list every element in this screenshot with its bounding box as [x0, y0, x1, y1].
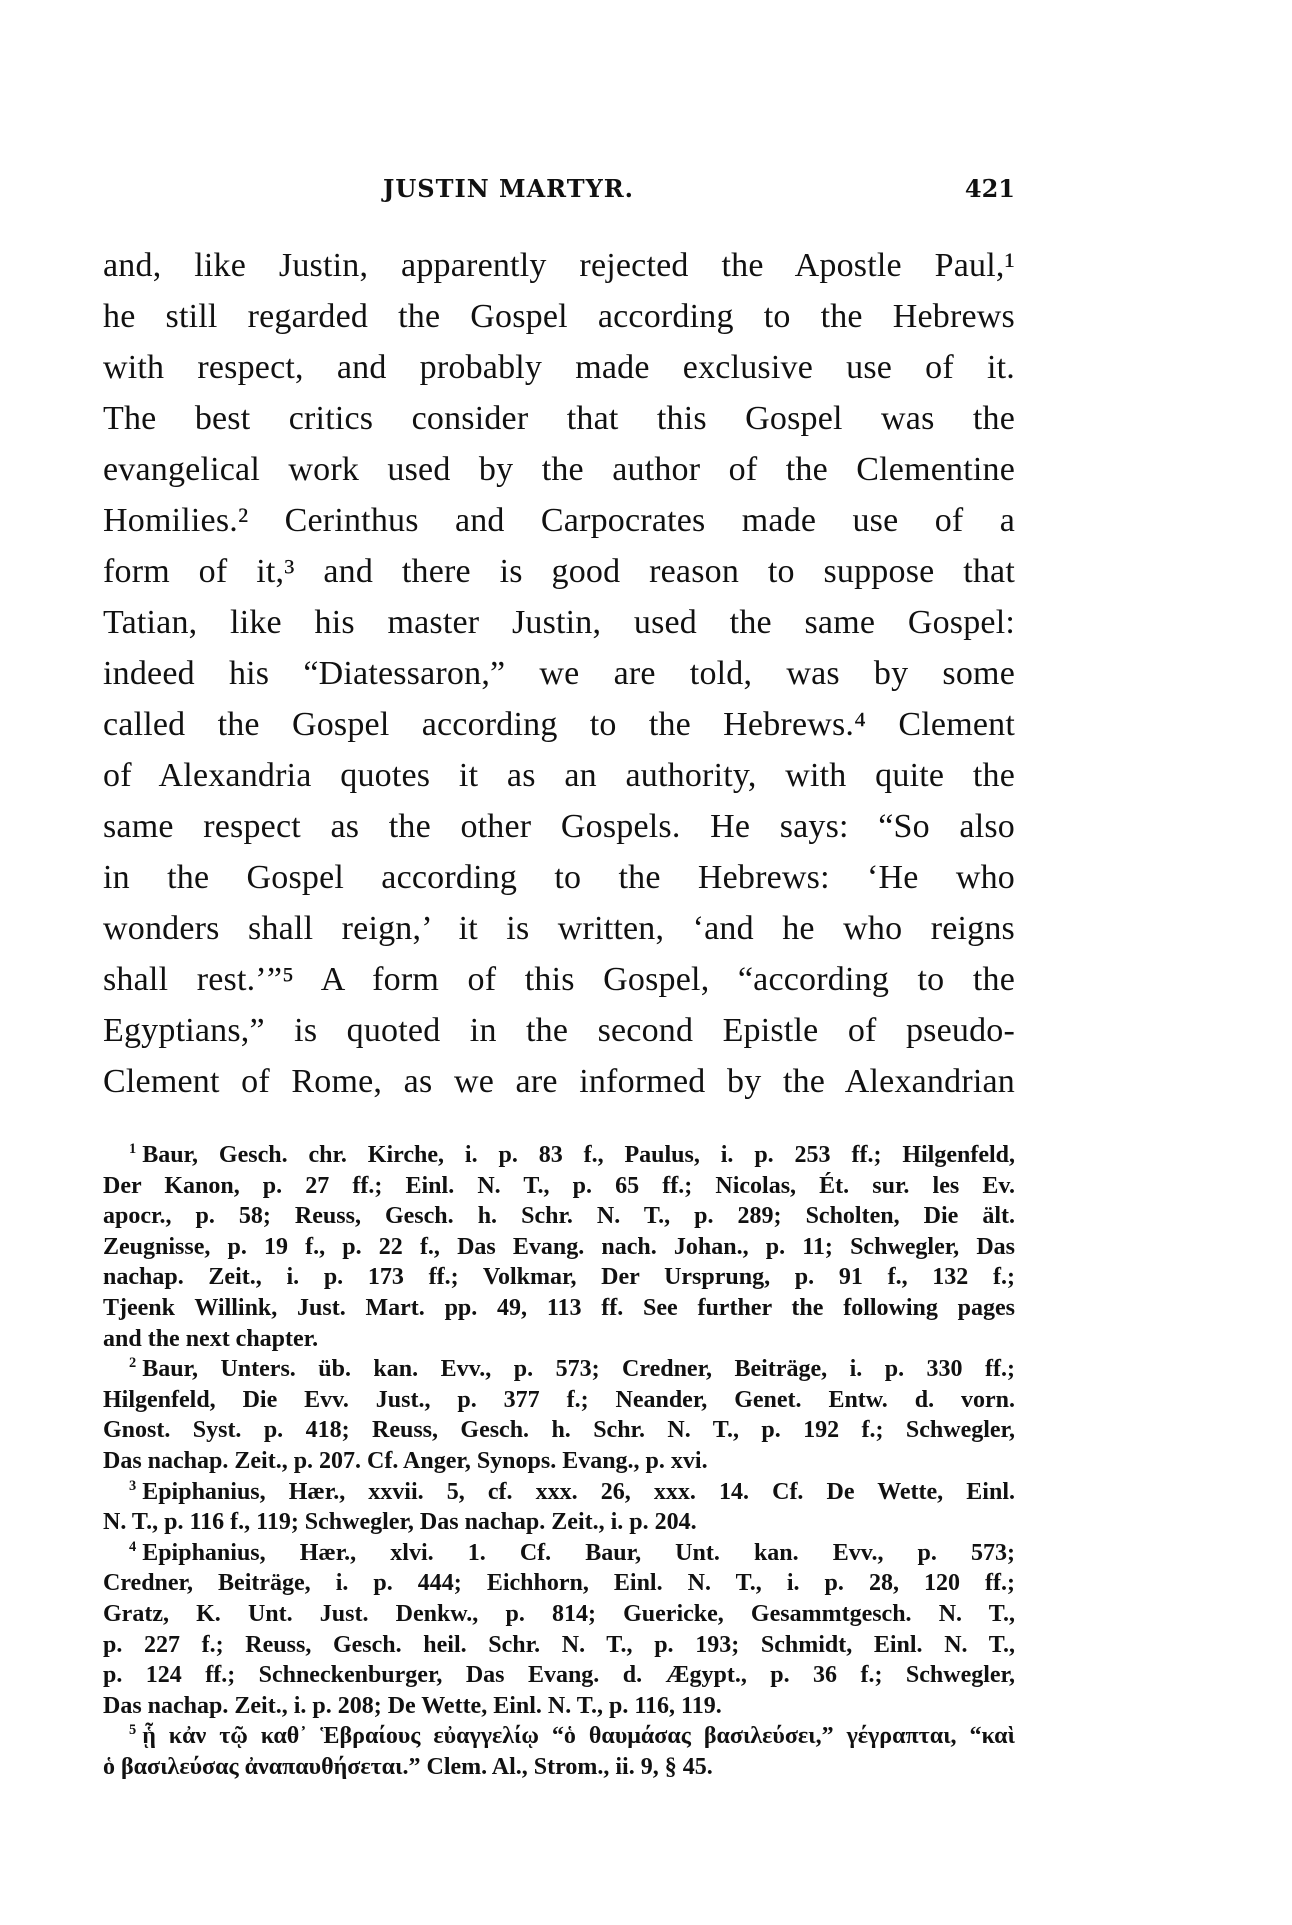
body-line: of Alexandria quotes it as an authority,…	[103, 750, 1015, 801]
body-line: indeed his “Diatessaron,” we are told, w…	[103, 648, 1015, 699]
body-line: he still regarded the Gospel according t…	[103, 291, 1015, 342]
footnote-line: Das nachap. Zeit., p. 207. Cf. Anger, Sy…	[103, 1446, 1015, 1477]
footnote-text: ᾗ κἀν τῷ καθ᾽ Ἑβραίους εὐαγγελίῳ “ὁ θαυμ…	[142, 1723, 1015, 1749]
footnote-line: p. 124 ff.; Schneckenburger, Das Evang. …	[103, 1660, 1015, 1691]
body-line: Clement of Rome, as we are informed by t…	[103, 1056, 1015, 1107]
footnote-line: Das nachap. Zeit., i. p. 208; De Wette, …	[103, 1691, 1015, 1722]
footnote-line: Credner, Beiträge, i. p. 444; Eichhorn, …	[103, 1568, 1015, 1599]
footnote-line: ὁ βασιλεύσας ἀναπαυθήσεται.” Clem. Al., …	[103, 1752, 1015, 1783]
footnote-text: Baur, Gesch. chr. Kirche, i. p. 83 f., P…	[142, 1142, 1015, 1168]
running-head: JUSTIN MARTYR. 421	[103, 172, 1015, 206]
footnote-line: and the next chapter.	[103, 1324, 1015, 1355]
body-line: The best critics consider that this Gosp…	[103, 393, 1015, 444]
footnote-line: 4Epiphanius, Hær., xlvi. 1. Cf. Baur, Un…	[103, 1538, 1015, 1569]
body-line: Egyptians,” is quoted in the second Epis…	[103, 1005, 1015, 1056]
footnote-line: Gnost. Syst. p. 418; Reuss, Gesch. h. Sc…	[103, 1415, 1015, 1446]
footnote-number: 1	[129, 1141, 136, 1157]
footnote-line: nachap. Zeit., i. p. 173 ff.; Volkmar, D…	[103, 1262, 1015, 1293]
footnote-line: 1Baur, Gesch. chr. Kirche, i. p. 83 f., …	[103, 1140, 1015, 1171]
footnote-line: Der Kanon, p. 27 ff.; Einl. N. T., p. 65…	[103, 1171, 1015, 1202]
footnote-text: Baur, Unters. üb. kan. Evv., p. 573; Cre…	[142, 1356, 1015, 1382]
body-line: in the Gospel according to the Hebrews: …	[103, 852, 1015, 903]
body-line: and, like Justin, apparently rejected th…	[103, 240, 1015, 291]
main-text: and, like Justin, apparently rejected th…	[103, 240, 1015, 1107]
footnote-5: 5ᾗ κἀν τῷ καθ᾽ Ἑβραίους εὐαγγελίῳ “ὁ θαυ…	[103, 1721, 1015, 1782]
page-number: 421	[965, 172, 1015, 206]
body-line: Homilies.² Cerinthus and Carpocrates mad…	[103, 495, 1015, 546]
footnote-line: 2Baur, Unters. üb. kan. Evv., p. 573; Cr…	[103, 1354, 1015, 1385]
body-line: evangelical work used by the author of t…	[103, 444, 1015, 495]
footnote-number: 5	[129, 1722, 136, 1738]
footnote-line: Hilgenfeld, Die Evv. Just., p. 377 f.; N…	[103, 1385, 1015, 1416]
footnote-line: 3Epiphanius, Hær., xxvii. 5, cf. xxx. 26…	[103, 1477, 1015, 1508]
footnotes: 1Baur, Gesch. chr. Kirche, i. p. 83 f., …	[103, 1140, 1015, 1782]
footnote-number: 3	[129, 1478, 136, 1494]
body-line: wonders shall reign,’ it is written, ‘an…	[103, 903, 1015, 954]
footnote-number: 2	[129, 1355, 136, 1371]
footnote-text: Epiphanius, Hær., xlvi. 1. Cf. Baur, Unt…	[142, 1540, 1015, 1566]
body-line: with respect, and probably made exclusiv…	[103, 342, 1015, 393]
footnote-text: Epiphanius, Hær., xxvii. 5, cf. xxx. 26,…	[142, 1479, 1015, 1505]
footnote-line: N. T., p. 116 f., 119; Schwegler, Das na…	[103, 1507, 1015, 1538]
footnote-line: Zeugnisse, p. 19 f., p. 22 f., Das Evang…	[103, 1232, 1015, 1263]
footnote-number: 4	[129, 1539, 136, 1555]
footnote-2: 2Baur, Unters. üb. kan. Evv., p. 573; Cr…	[103, 1354, 1015, 1476]
footnote-line: apocr., p. 58; Reuss, Gesch. h. Schr. N.…	[103, 1201, 1015, 1232]
footnote-1: 1Baur, Gesch. chr. Kirche, i. p. 83 f., …	[103, 1140, 1015, 1354]
footnote-line: p. 227 f.; Reuss, Gesch. heil. Schr. N. …	[103, 1630, 1015, 1661]
footnote-line: Gratz, K. Unt. Just. Denkw., p. 814; Gue…	[103, 1599, 1015, 1630]
footnote-line: Tjeenk Willink, Just. Mart. pp. 49, 113 …	[103, 1293, 1015, 1324]
footnote-4: 4Epiphanius, Hær., xlvi. 1. Cf. Baur, Un…	[103, 1538, 1015, 1722]
footnote-3: 3Epiphanius, Hær., xxvii. 5, cf. xxx. 26…	[103, 1477, 1015, 1538]
book-page: JUSTIN MARTYR. 421 and, like Justin, app…	[103, 0, 1015, 1925]
body-line: form of it,³ and there is good reason to…	[103, 546, 1015, 597]
body-line: shall rest.’”⁵ A form of this Gospel, “a…	[103, 954, 1015, 1005]
running-title: JUSTIN MARTYR.	[383, 172, 634, 206]
footnote-line: 5ᾗ κἀν τῷ καθ᾽ Ἑβραίους εὐαγγελίῳ “ὁ θαυ…	[103, 1721, 1015, 1752]
body-line: same respect as the other Gospels. He sa…	[103, 801, 1015, 852]
body-line: called the Gospel according to the Hebre…	[103, 699, 1015, 750]
body-line: Tatian, like his master Justin, used the…	[103, 597, 1015, 648]
